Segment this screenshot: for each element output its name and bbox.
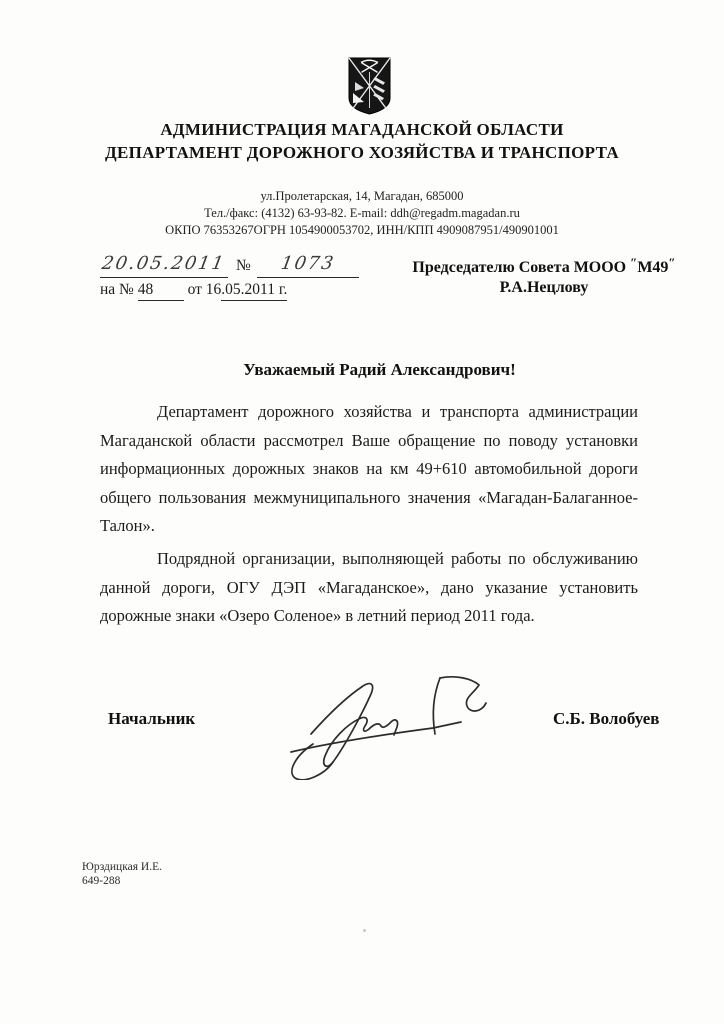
outgoing-date-handwritten: 20.05.2011 xyxy=(101,253,228,275)
outgoing-line: 20.05.2011 № 1073 xyxy=(100,252,380,278)
recipient-title: Председателю Совета МООО xyxy=(412,259,630,276)
body-paragraph-2: Подрядной организации, выполняющей работ… xyxy=(100,545,638,631)
reply-infix-label: от 16 xyxy=(184,281,222,298)
signer-position-title: Начальник xyxy=(108,709,195,729)
letter-page: АДМИНИСТРАЦИЯ МАГАДАНСКОЙ ОБЛАСТИ ДЕПАРТ… xyxy=(0,0,724,1024)
handwritten-signature-icon xyxy=(283,672,501,780)
reference-block: 20.05.2011 № 1073 на № 48 от 16.05.2011 … xyxy=(100,252,380,301)
executor-block: Юрздицкая И.Е. 649-288 xyxy=(82,860,162,888)
magadan-coat-of-arms-icon xyxy=(347,56,392,116)
reply-reference-line: на № 48 от 16.05.2011 г. xyxy=(100,280,380,301)
recipient-line2: Р.А.Нецлову xyxy=(398,278,690,298)
recipient-org-name: М49 xyxy=(637,259,668,276)
outgoing-number-handwritten: 1073 xyxy=(279,253,337,275)
letterhead-address-block: ул.Пролетарская, 14, Магадан, 685000 Тел… xyxy=(60,188,664,239)
executor-phone: 649-288 xyxy=(82,874,162,888)
letter-body: Департамент дорожного хозяйства и трансп… xyxy=(100,398,638,631)
salutation: Уважаемый Радий Александрович! xyxy=(110,360,649,380)
reply-date-underlined: .05.2011 г. xyxy=(221,280,287,301)
outgoing-number-field: 1073 xyxy=(257,253,359,278)
address-line3: ОКПО 76353267ОГРН 1054900053702, ИНН/КПП… xyxy=(60,222,664,239)
address-line2: Тел./факс: (4132) 63-93-82. E-mail: ddh@… xyxy=(60,205,664,222)
executor-name: Юрздицкая И.Е. xyxy=(82,860,162,874)
open-quote-mark: ″ xyxy=(630,255,637,270)
number-sign-label: № xyxy=(236,254,251,278)
org-name-line2: ДЕПАРТАМЕНТ ДОРОЖНОГО ХОЗЯЙСТВА И ТРАНСП… xyxy=(40,141,684,164)
outgoing-date-field: 20.05.2011 xyxy=(100,253,228,278)
signer-name: С.Б. Волобуев xyxy=(553,709,659,729)
reply-prefix-label: на № xyxy=(100,281,138,298)
reply-number-underlined: 48 xyxy=(138,280,184,301)
close-quote-mark: ″ xyxy=(668,255,675,270)
org-name-line1: АДМИНИСТРАЦИЯ МАГАДАНСКОЙ ОБЛАСТИ xyxy=(40,118,684,141)
scan-artifact-dot xyxy=(363,929,366,932)
recipient-block: Председателю Совета МООО ″М49″ Р.А.Нецло… xyxy=(398,258,690,298)
body-paragraph-1: Департамент дорожного хозяйства и трансп… xyxy=(100,398,638,541)
recipient-line1: Председателю Совета МООО ″М49″ xyxy=(398,258,690,278)
letterhead-org-name: АДМИНИСТРАЦИЯ МАГАДАНСКОЙ ОБЛАСТИ ДЕПАРТ… xyxy=(40,118,684,164)
address-line1: ул.Пролетарская, 14, Магадан, 685000 xyxy=(60,188,664,205)
